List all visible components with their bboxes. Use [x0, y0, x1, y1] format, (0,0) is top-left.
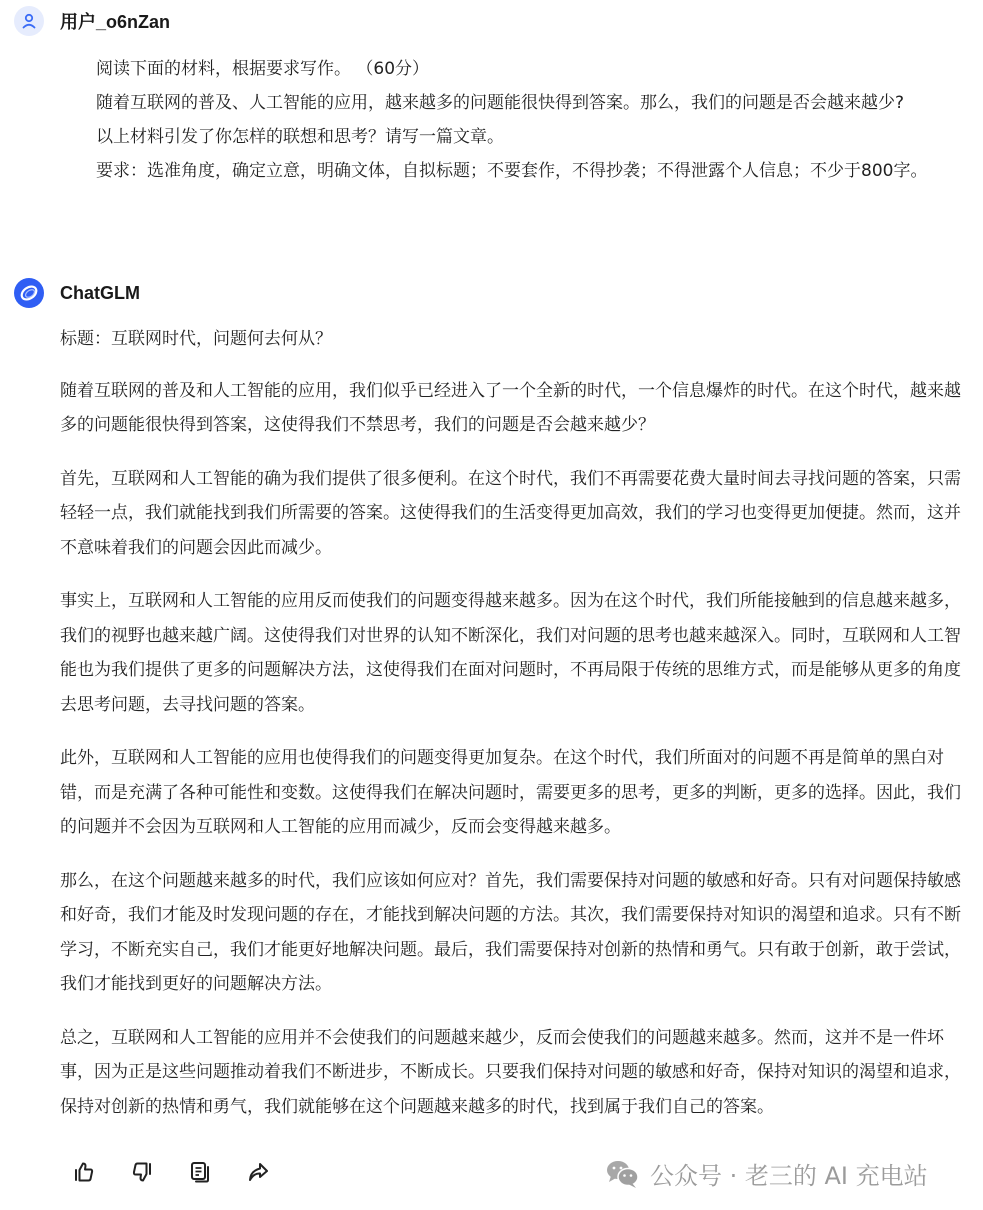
message-action-bar [72, 1160, 270, 1184]
watermark-text: 公众号 · 老三的 AI 充电站 [650, 1156, 928, 1191]
user-avatar [14, 6, 44, 36]
user-message-body: 阅读下面的材料，根据要求写作。 （60分） 随着互联网的普及、人工智能的应用，越… [60, 52, 976, 188]
essay-paragraph: 事实上，互联网和人工智能的应用反而使我们的问题变得越来越多。因为在这个时代，我们… [60, 584, 965, 722]
user-name: 用户_o6nZan [60, 8, 170, 34]
dislike-button[interactable] [130, 1160, 154, 1184]
copy-button[interactable] [188, 1160, 212, 1184]
wechat-icon [606, 1159, 640, 1189]
share-button[interactable] [246, 1160, 270, 1184]
bot-message-header: ChatGLM [14, 278, 140, 308]
user-message-header: 用户_o6nZan [14, 6, 170, 36]
bot-message-body: 标题：互联网时代，问题何去何从？ 随着互联网的普及和人工智能的应用，我们似乎已经… [60, 322, 965, 1143]
essay-paragraph: 此外，互联网和人工智能的应用也使得我们的问题变得更加复杂。在这个时代，我们所面对… [60, 741, 965, 845]
essay-paragraph: 总之，互联网和人工智能的应用并不会使我们的问题越来越少，反而会使我们的问题越来越… [60, 1021, 965, 1125]
user-paragraph: 随着互联网的普及、人工智能的应用，越来越多的问题能很快得到答案。那么，我们的问题… [60, 86, 976, 120]
bot-avatar [14, 278, 44, 308]
essay-paragraph: 那么，在这个问题越来越多的时代，我们应该如何应对？首先，我们需要保持对问题的敏感… [60, 864, 965, 1002]
bot-name: ChatGLM [60, 283, 140, 304]
essay-title: 标题：互联网时代，问题何去何从？ [60, 322, 965, 357]
user-paragraph: 阅读下面的材料，根据要求写作。 （60分） [60, 52, 976, 86]
share-icon [247, 1161, 269, 1183]
user-icon [21, 13, 37, 29]
user-paragraph: 要求：选准角度，确定立意，明确文体，自拟标题；不要套作，不得抄袭；不得泄露个人信… [60, 154, 976, 188]
like-button[interactable] [72, 1160, 96, 1184]
essay-paragraph: 随着互联网的普及和人工智能的应用，我们似乎已经进入了一个全新的时代，一个信息爆炸… [60, 374, 965, 443]
chatglm-logo-icon [18, 282, 40, 304]
user-paragraph: 以上材料引发了你怎样的联想和思考？请写一篇文章。 [60, 120, 976, 154]
essay-paragraph: 首先，互联网和人工智能的确为我们提供了很多便利。在这个时代，我们不再需要花费大量… [60, 462, 965, 566]
copy-icon [189, 1161, 211, 1183]
thumbs-up-icon [73, 1161, 95, 1183]
thumbs-down-icon [131, 1161, 153, 1183]
watermark: 公众号 · 老三的 AI 充电站 [606, 1156, 928, 1191]
